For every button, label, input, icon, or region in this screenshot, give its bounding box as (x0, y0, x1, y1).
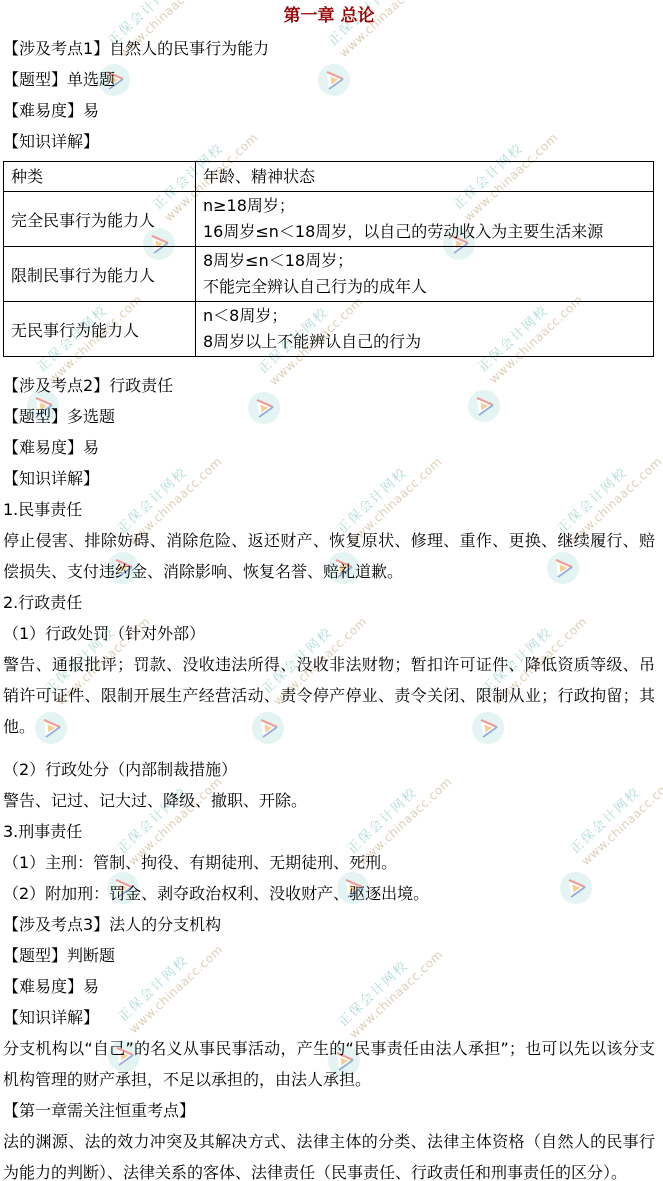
document-page: 正保会计网校www.chinaacc.com正保会计网校www.chinaacc… (0, 0, 663, 1181)
row-label: 完全民事行为能力人 (4, 192, 196, 247)
table-row-full-capacity: 完全民事行为能力人 n≥18周岁； 16周岁≤n＜18周岁，以自己的劳动收入为主… (4, 192, 654, 247)
table-header-age-state: 年龄、精神状态 (196, 162, 654, 192)
question-type-1: 【题型】单选题 (3, 64, 655, 95)
knowledge-detail-label-1: 【知识详解】 (3, 126, 655, 157)
civil-liability-title: 1.民事责任 (3, 494, 655, 525)
civil-liability-body: 停止侵害、排除妨碍、消除危险、返还财产、恢复原状、修理、重作、更换、继续履行、赔… (3, 525, 655, 587)
row-value: n≥18周岁； 16周岁≤n＜18周岁，以自己的劳动收入为主要生活来源 (196, 192, 654, 247)
table-row-no-capacity: 无民事行为能力人 n＜8周岁； 8周岁以上不能辨认自己的行为 (4, 302, 654, 357)
knowledge-detail-label-2: 【知识详解】 (3, 463, 655, 494)
difficulty-3: 【难易度】易 (3, 971, 655, 1002)
criminal-main-penalties: （1）主刑：管制、拘役、有期徒刑、无期徒刑、死刑。 (3, 847, 655, 878)
criminal-liability-title: 3.刑事责任 (3, 816, 655, 847)
branch-liability-body: 分支机构以“自己”的名义从事民事活动，产生的“民事责任由法人承担”；也可以先以该… (3, 1033, 655, 1095)
question-type-2: 【题型】多选题 (3, 401, 655, 432)
criminal-additional-penalties: （2）附加刑：罚金、剥夺政治权利、没收财产、驱逐出境。 (3, 878, 655, 909)
row-value-line: 8周岁≤n＜18周岁； (203, 248, 646, 274)
table-header-row: 种类 年龄、精神状态 (4, 162, 654, 192)
exam-point-3-heading: 【涉及考点3】法人的分支机构 (3, 909, 655, 940)
row-value: n＜8周岁； 8周岁以上不能辨认自己的行为 (196, 302, 654, 357)
difficulty-2: 【难易度】易 (3, 432, 655, 463)
chapter-title: 第一章 总论 (3, 3, 655, 29)
row-value-line: n≥18周岁； (203, 193, 646, 219)
row-label: 限制民事行为能力人 (4, 247, 196, 302)
civil-capacity-table: 种类 年龄、精神状态 完全民事行为能力人 n≥18周岁； 16周岁≤n＜18周岁… (3, 161, 654, 357)
exam-point-2-heading: 【涉及考点2】行政责任 (3, 370, 655, 401)
table-header-kind: 种类 (4, 162, 196, 192)
chapter-key-points-heading: 【第一章需关注恒重考点】 (3, 1095, 655, 1126)
question-type-3: 【题型】判断题 (3, 940, 655, 971)
chapter-key-points-body: 法的渊源、法的效力冲突及其解决方式、法律主体的分类、法律主体资格（自然人的民事行… (3, 1126, 655, 1181)
table-row-limited-capacity: 限制民事行为能力人 8周岁≤n＜18周岁； 不能完全辨认自己行为的成年人 (4, 247, 654, 302)
document-body: 第一章 总论 【涉及考点1】自然人的民事行为能力 【题型】单选题 【难易度】易 … (0, 0, 663, 1181)
knowledge-detail-label-3: 【知识详解】 (3, 1002, 655, 1033)
difficulty-1: 【难易度】易 (3, 95, 655, 126)
row-label: 无民事行为能力人 (4, 302, 196, 357)
row-value-line: 8周岁以上不能辨认自己的行为 (203, 329, 646, 355)
row-value-line: n＜8周岁； (203, 303, 646, 329)
admin-punishment-title: （1）行政处罚（针对外部） (3, 618, 655, 649)
admin-sanction-title: （2）行政处分（内部制裁措施） (3, 754, 655, 785)
row-value: 8周岁≤n＜18周岁； 不能完全辨认自己行为的成年人 (196, 247, 654, 302)
exam-point-1-heading: 【涉及考点1】自然人的民事行为能力 (3, 33, 655, 64)
row-value-line: 16周岁≤n＜18周岁，以自己的劳动收入为主要生活来源 (203, 219, 646, 245)
admin-punishment-body: 警告、通报批评；罚款、没收违法所得、没收非法财物；暂扣许可证件、降低资质等级、吊… (3, 649, 655, 742)
admin-liability-title: 2.行政责任 (3, 587, 655, 618)
row-value-line: 不能完全辨认自己行为的成年人 (203, 274, 646, 300)
admin-sanction-body: 警告、记过、记大过、降级、撤职、开除。 (3, 785, 655, 816)
